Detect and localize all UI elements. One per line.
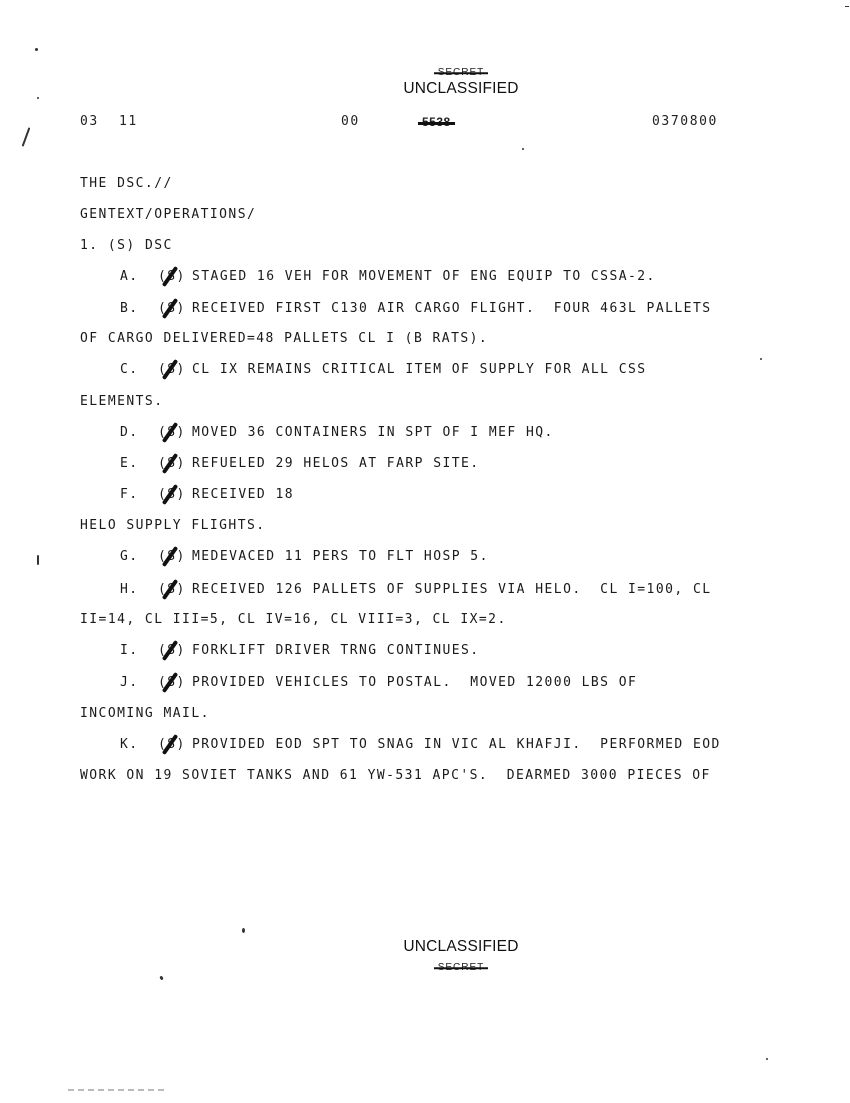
item-k: K.(S)PROVIDED EOD SPT TO SNAG IN VIC AL … [120,737,721,753]
class-marking: (S) [158,425,192,441]
item-letter: D. [120,425,158,441]
item-letter: A. [120,269,158,285]
scan-speck [760,358,762,360]
struck-secret-marking: SECRET [438,67,485,78]
item-text: RECEIVED 126 PALLETS OF SUPPLIES VIA HEL… [192,582,712,597]
item-letter: B. [120,301,158,317]
scan-noise [68,1089,168,1091]
document-page: SECRET UNCLASSIFIED 03 11 00 5538 037080… [0,0,850,1103]
item-d: D.(S)MOVED 36 CONTAINERS IN SPT OF I MEF… [120,425,554,441]
item-i: I.(S)FORKLIFT DRIVER TRNG CONTINUES. [120,643,480,659]
bottom-classification-struck: SECRET [0,957,850,975]
item-text: RECEIVED 18 [192,487,294,502]
scan-speck [845,6,849,7]
item-j-cont: INCOMING MAIL. [80,706,210,722]
header-field-b: 11 [119,114,138,129]
bottom-classification: UNCLASSIFIED [0,938,850,956]
item-text: PROVIDED EOD SPT TO SNAG IN VIC AL KHAFJ… [192,737,721,752]
item-text: REFUELED 29 HELOS AT FARP SITE. [192,456,480,471]
top-classification: UNCLASSIFIED [0,80,850,98]
class-marking: (S) [158,301,192,317]
unclassified-label: UNCLASSIFIED [403,938,518,955]
item-f: F.(S)RECEIVED 18 [120,487,294,503]
scan-speck [522,148,524,150]
unclassified-label: UNCLASSIFIED [403,80,518,97]
item-text: RECEIVED FIRST C130 AIR CARGO FLIGHT. FO… [192,301,712,316]
item-text: MEDEVACED 11 PERS TO FLT HOSP 5. [192,549,489,564]
item-text: PROVIDED VEHICLES TO POSTAL. MOVED 12000… [192,675,637,690]
scan-mark [22,127,31,146]
item-letter: I. [120,643,158,659]
scan-speck [35,48,38,51]
header-dtg: 0370800 [652,114,718,129]
item-g: G.(S)MEDEVACED 11 PERS TO FLT HOSP 5. [120,549,489,565]
section-tag: GENTEXT/OPERATIONS/ [80,207,256,223]
item-h: H.(S)RECEIVED 126 PALLETS OF SUPPLIES VI… [120,582,712,598]
item-e: E.(S)REFUELED 29 HELOS AT FARP SITE. [120,456,480,472]
header-field-mid: 00 [341,114,360,129]
para-title: DSC [145,238,173,253]
item-letter: G. [120,549,158,565]
class-marking: (S) [158,456,192,472]
item-j: J.(S)PROVIDED VEHICLES TO POSTAL. MOVED … [120,675,637,691]
class-marking: (S) [158,643,192,659]
item-text: CL IX REMAINS CRITICAL ITEM OF SUPPLY FO… [192,362,647,377]
item-c: C.(S)CL IX REMAINS CRITICAL ITEM OF SUPP… [120,362,647,378]
item-letter: E. [120,456,158,472]
paragraph-1-heading: 1. (S) DSC [80,238,173,254]
item-b: B.(S)RECEIVED FIRST C130 AIR CARGO FLIGH… [120,301,712,317]
item-f-cont: HELO SUPPLY FLIGHTS. [80,518,266,534]
class-marking: (S) [158,487,192,503]
scan-speck [242,928,245,933]
header-struck-code: 5538 [422,115,451,129]
class-marking: (S) [158,582,192,598]
item-letter: C. [120,362,158,378]
top-classification-struck: SECRET [0,62,850,80]
item-text: MOVED 36 CONTAINERS IN SPT OF I MEF HQ. [192,425,554,440]
item-k-cont: WORK ON 19 SOVIET TANKS AND 61 YW-531 AP… [80,768,711,784]
header-field-a: 03 [80,114,99,129]
item-letter: K. [120,737,158,753]
class-marking: (S) [158,362,192,378]
item-letter: J. [120,675,158,691]
item-letter: H. [120,582,158,598]
item-b-cont: OF CARGO DELIVERED=48 PALLETS CL I (B RA… [80,331,488,347]
intro-line: THE DSC.// [80,176,173,192]
struck-code-text: 5538 [422,115,451,129]
item-text: FORKLIFT DRIVER TRNG CONTINUES. [192,643,480,658]
scan-speck [159,976,164,981]
scan-speck [766,1058,768,1060]
class-marking: (S) [158,549,192,565]
scan-mark [37,555,39,565]
para-class: (S) [108,238,136,253]
struck-secret-marking: SECRET [438,962,485,973]
item-letter: F. [120,487,158,503]
item-h-cont: II=14, CL III=5, CL IV=16, CL VIII=3, CL… [80,612,507,628]
class-marking: (S) [158,269,192,285]
item-text: STAGED 16 VEH FOR MOVEMENT OF ENG EQUIP … [192,269,656,284]
scan-speck [37,97,39,99]
item-c-cont: ELEMENTS. [80,394,164,410]
class-marking: (S) [158,737,192,753]
item-a: A.(S)STAGED 16 VEH FOR MOVEMENT OF ENG E… [120,269,656,285]
para-number: 1. [80,238,99,253]
class-marking: (S) [158,675,192,691]
